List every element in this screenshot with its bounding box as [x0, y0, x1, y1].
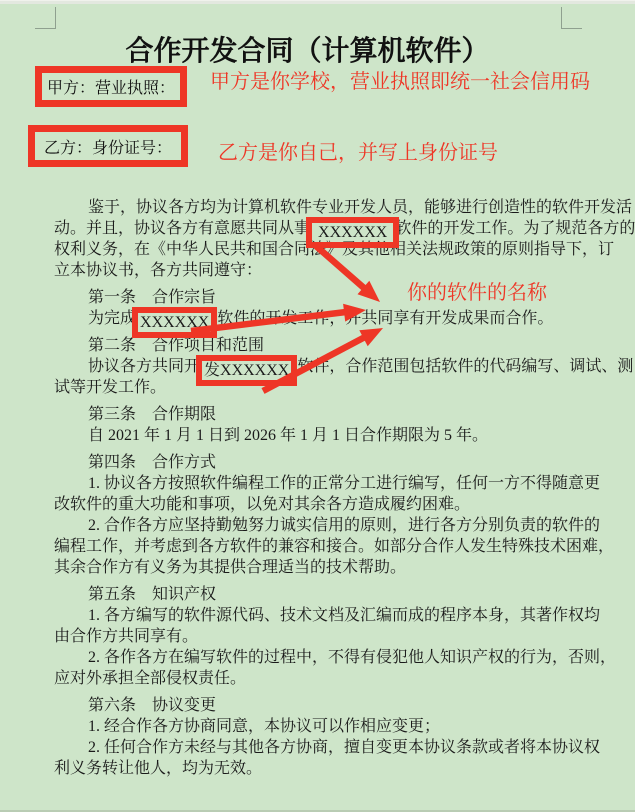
document-line: 应对外承担全部侵权责任。: [54, 668, 566, 689]
document-line: 利义务转让他人，均为无效。: [54, 758, 566, 779]
text-run: 1. 各方编写的软件源代码、技术文档及汇编而成的程序本身，其著作权均: [88, 607, 600, 624]
party-a-highlight-box: 甲方：营业执照：: [35, 66, 187, 107]
text-run: 由合作方共同享有。: [54, 628, 198, 645]
highlight-box: XXXXXX: [132, 307, 217, 338]
text-run: 2. 任何合作方未经与其他各方协商，擅自变更本协议条款或者将本协议权: [88, 739, 600, 756]
document-line: 协议各方共同开发XXXXXX 软件，合作范围包括软件的代码编写、调试、测: [54, 356, 566, 377]
document-line: 由合作方共同享有。: [54, 626, 566, 647]
document-line: 第五条 知识产权: [54, 584, 566, 605]
document-line: 编程工作，并考虑到各方软件的兼容和接合。如部分合作人发生特殊技术困难，: [54, 536, 566, 557]
text-run: 软件的开发工作。为了规范各方的: [395, 220, 635, 237]
text-run: 利义务转让他人，均为无效。: [54, 760, 262, 777]
document-line: 试等开发工作。: [54, 377, 566, 398]
document-line: 动。并且，协议各方有意愿共同从事 XXXXXX 软件的开发工作。为了规范各方的: [54, 218, 566, 239]
document-line: 第二条 合作项目和范围: [54, 335, 566, 356]
document-line: 第四条 合作方式: [54, 452, 566, 473]
document-line: 自 2021 年 1 月 1 日到 2026 年 1 月 1 日合作期限为 5 …: [54, 425, 566, 446]
text-run: 1. 经合作各方协商同意，本协议可以作相应变更；: [88, 718, 440, 735]
document-line: 2. 合作各方应坚持勤勉努力诚实信用的原则，进行各方分别负责的软件的: [54, 515, 566, 536]
party-a-annotation: 甲方是你学校，营业执照即统一社会信用码: [210, 65, 590, 94]
text-run: 2. 各作各方在编写软件的过程中，不得有侵犯他人知识产权的行为，否则，: [88, 649, 616, 666]
text-run: 动。并且，协议各方有意愿共同从事: [54, 220, 310, 237]
text-run: 其余合作方有义务为其提供合理适当的技术帮助。: [54, 559, 406, 576]
highlight-box: 发XXXXXX: [196, 355, 297, 386]
document-title: 合作开发合同（计算机软件）: [54, 29, 561, 69]
text-run: 1. 协议各方按照软件编程工作的正常分工进行编写，任何一方不得随意更: [88, 475, 600, 492]
text-run: 第六条 协议变更: [88, 697, 216, 714]
text-run: 试等开发工作。: [54, 379, 166, 396]
text-run: 软件，合作范围包括软件的代码编写、调试、测: [293, 358, 633, 375]
party-b-annotation: 乙方是你自己，并写上身份证号: [218, 136, 498, 165]
text-run: 2. 合作各方应坚持勤勉努力诚实信用的原则，进行各方分别负责的软件的: [88, 517, 600, 534]
text-run: 第二条 合作项目和范围: [88, 337, 264, 354]
document-line: 鉴于，协议各方均为计算机软件专业开发人员，能够进行创造性的软件开发活: [54, 197, 566, 218]
text-run: 第四条 合作方式: [88, 454, 216, 471]
text-run: 第三条 合作期限: [88, 406, 216, 423]
document-line: 为完成XXXXXX 软件的开发工作，并共同享有开发成果而合作。: [54, 308, 566, 329]
text-run: 鉴于，协议各方均为计算机软件专业开发人员，能够进行创造性的软件开发活: [88, 199, 632, 216]
text-run: 协议各方共同开: [88, 358, 200, 375]
highlight-box: XXXXXX: [306, 217, 399, 248]
text-run: 第一条 合作宗旨: [88, 289, 216, 306]
document-line: 1. 经合作各方协商同意，本协议可以作相应变更；: [54, 716, 566, 737]
text-run: 为完成: [88, 310, 136, 327]
party-a-label: 甲方：营业执照：: [47, 75, 175, 98]
party-b-label: 乙方：身份证号：: [44, 135, 172, 158]
text-run: 应对外承担全部侵权责任。: [54, 670, 246, 687]
document-line: 第三条 合作期限: [54, 404, 566, 425]
document-line: 2. 任何合作方未经与其他各方协商，擅自变更本协议条款或者将本协议权: [54, 737, 566, 758]
document-line: 其余合作方有义务为其提供合理适当的技术帮助。: [54, 557, 566, 578]
text-run: 软件的开发工作，并共同享有开发成果而合作。: [213, 310, 553, 327]
text-run: 立本协议书，各方共同遵守：: [54, 262, 262, 279]
software-name-annotation: 你的软件的名称: [407, 276, 547, 305]
text-run: 自 2021 年 1 月 1 日到 2026 年 1 月 1 日合作期限为 5 …: [88, 427, 488, 444]
document-line: 1. 协议各方按照软件编程工作的正常分工进行编写，任何一方不得随意更: [54, 473, 566, 494]
document-line: 改软件的重大功能和事项，以免对其余各方造成履约困难。: [54, 494, 566, 515]
document-page: 合作开发合同（计算机软件） 甲方：营业执照： 甲方是你学校，营业执照即统一社会信…: [0, 0, 635, 812]
document-line: 1. 各方编写的软件源代码、技术文档及汇编而成的程序本身，其著作权均: [54, 605, 566, 626]
text-run: 第五条 知识产权: [88, 586, 216, 603]
window-edge-strip: [0, 0, 635, 4]
text-run: 编程工作，并考虑到各方软件的兼容和接合。如部分合作人发生特殊技术困难，: [54, 538, 614, 555]
document-line: 2. 各作各方在编写软件的过程中，不得有侵犯他人知识产权的行为，否则，: [54, 647, 566, 668]
text-run: 改软件的重大功能和事项，以免对其余各方造成履约困难。: [54, 496, 470, 513]
party-b-highlight-box: 乙方：身份证号：: [28, 125, 188, 167]
document-line: 第六条 协议变更: [54, 695, 566, 716]
